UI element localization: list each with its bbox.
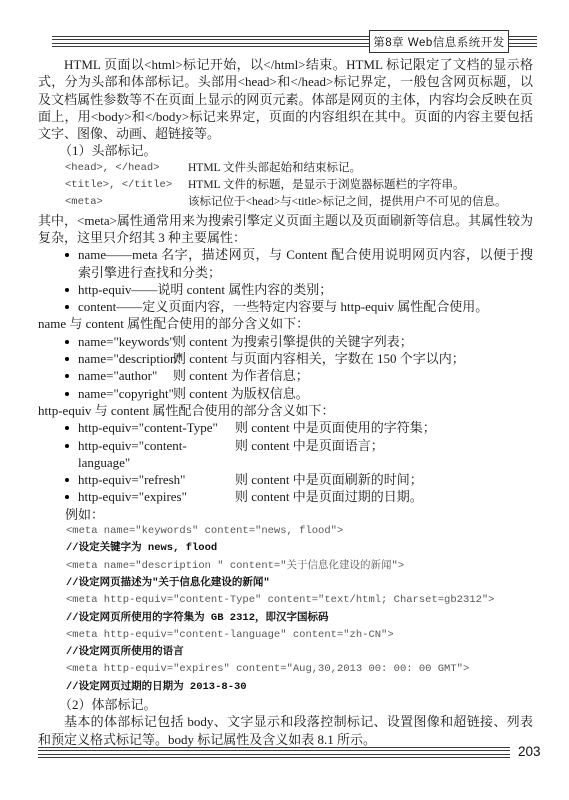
tag-definition-row: <meta> 该标记位于<head>与<title>标记之间，提供用户不可见的信… bbox=[38, 194, 533, 211]
chapter-title: 第8章 Web信息系统开发 bbox=[373, 34, 505, 50]
page-number: 203 bbox=[518, 744, 541, 759]
attribute-term: name="keywords" bbox=[78, 333, 173, 350]
list-item: http-equiv="content-Type" 则 content 中是页面… bbox=[38, 419, 533, 436]
intro-paragraph: HTML 页面以<html>标记开始，以</html>结束。HTML 标记限定了… bbox=[38, 56, 533, 142]
attribute-meaning: 则 content 中是页面使用的字符集； bbox=[235, 419, 436, 436]
attribute-term: name="description" bbox=[78, 350, 173, 367]
code-line: <meta name="description " content="关于信息化… bbox=[66, 558, 533, 575]
list-item: name="keywords" 则 content 为搜索引擎提供的关键字列表； bbox=[38, 333, 533, 350]
tag-description: HTML 文件的标题，是显示于浏览器标题栏的字符串。 bbox=[188, 177, 465, 194]
example-label: 例如： bbox=[38, 506, 533, 523]
footer-rule-line bbox=[38, 750, 510, 751]
attribute-meaning: 则 content 中是页面过期的日期。 bbox=[235, 488, 423, 505]
chapter-header-box: 第8章 Web信息系统开发 bbox=[369, 30, 509, 53]
footer-rule-line bbox=[38, 757, 510, 758]
attribute-term: http-equiv="expires" bbox=[78, 488, 235, 505]
list-item: name——meta 名字，描述网页，与 Content 配合使用说明网页内容，… bbox=[38, 246, 533, 281]
tag-definition-row: <head>, </head> HTML 文件头部起始和结束标记。 bbox=[38, 160, 533, 177]
code-comment-line: //设定网页所使用的语言 bbox=[66, 644, 533, 661]
code-comment-line: //设定网页过期的日期为 2013-8-30 bbox=[66, 679, 533, 696]
tag-name: <meta> bbox=[65, 194, 188, 211]
http-equiv-lead-line: http-equiv 与 content 属性配合使用的部分含义如下： bbox=[38, 402, 533, 419]
footer-rule-lines bbox=[38, 747, 510, 761]
code-line: <meta http-equiv="content-Type" content=… bbox=[66, 592, 533, 609]
code-line: <meta http-equiv="content-language" cont… bbox=[66, 627, 533, 644]
meta-attribute-list: name——meta 名字，描述网页，与 Content 配合使用说明网页内容，… bbox=[38, 246, 533, 315]
list-item: name="copyright" 则 content 为版权信息。 bbox=[38, 385, 533, 402]
meta-code-example: <meta name="keywords" content="news, flo… bbox=[38, 523, 533, 696]
tag-definition-list: <head>, </head> HTML 文件头部起始和结束标记。 <title… bbox=[38, 160, 533, 212]
code-line: <meta http-equiv="expires" content="Aug,… bbox=[66, 661, 533, 678]
tag-name: <title>, </title> bbox=[65, 177, 188, 194]
list-item: name="description" 则 content 与页面内容相关，字数在… bbox=[38, 350, 533, 367]
attribute-term: http-equiv="content-Type" bbox=[78, 419, 235, 436]
list-item: http-equiv——说明 content 属性内容的类别； bbox=[38, 281, 533, 298]
tag-description: 该标记位于<head>与<title>标记之间，提供用户不可见的信息。 bbox=[188, 194, 507, 211]
attribute-meaning: 则 content 与页面内容相关，字数在 150 个字以内； bbox=[173, 350, 465, 367]
page-content: HTML 页面以<html>标记开始，以</html>结束。HTML 标记限定了… bbox=[38, 56, 533, 748]
code-comment-line: //设定网页所使用的字符集为 GB 2312，即汉字国标码 bbox=[66, 610, 533, 627]
name-content-list: name="keywords" 则 content 为搜索引擎提供的关键字列表；… bbox=[38, 333, 533, 402]
code-comment-line: //设定关键字为 news, flood bbox=[66, 540, 533, 557]
name-content-lead-line: name 与 content 属性配合使用的部分含义如下： bbox=[38, 315, 533, 332]
attribute-term: name="copyright" bbox=[78, 385, 173, 402]
list-item: http-equiv="content-language" 则 content … bbox=[38, 437, 533, 472]
attribute-meaning: 则 content 为搜索引擎提供的关键字列表； bbox=[173, 333, 413, 350]
section-heading-head-tags: （1）头部标记。 bbox=[38, 142, 533, 159]
tag-name: <head>, </head> bbox=[65, 160, 188, 177]
body-tags-paragraph: 基本的体部标记包括 body、文字显示和段落控制标记、设置图像和超链接、列表和预… bbox=[38, 713, 533, 748]
attribute-meaning: 则 content 中是页面语言； bbox=[235, 437, 384, 472]
attribute-meaning: 则 content 为作者信息； bbox=[173, 367, 309, 384]
code-line: <meta name="keywords" content="news, flo… bbox=[66, 523, 533, 540]
book-page: 第8章 Web信息系统开发 HTML 页面以<html>标记开始，以</html… bbox=[0, 0, 569, 800]
meta-intro-paragraph: 其中，<meta>属性通常用来为搜索引擎定义页面主题以及页面刷新等信息。其属性较… bbox=[38, 212, 533, 247]
attribute-meaning: 则 content 为版权信息。 bbox=[173, 385, 309, 402]
tag-description: HTML 文件头部起始和结束标记。 bbox=[188, 160, 361, 177]
attribute-term: name="author" bbox=[78, 367, 173, 384]
http-equiv-list: http-equiv="content-Type" 则 content 中是页面… bbox=[38, 419, 533, 505]
attribute-term: http-equiv="content-language" bbox=[78, 437, 235, 472]
list-item: content——定义页面内容，一些特定内容要与 http-equiv 属性配合… bbox=[38, 298, 533, 315]
footer-rule-line bbox=[38, 754, 510, 755]
tag-definition-row: <title>, </title> HTML 文件的标题，是显示于浏览器标题栏的… bbox=[38, 177, 533, 194]
list-item: name="author" 则 content 为作者信息； bbox=[38, 367, 533, 384]
footer-rule-line bbox=[38, 747, 510, 748]
attribute-meaning: 则 content 中是页面刷新的时间； bbox=[235, 471, 423, 488]
section-heading-body-tags: （2）体部标记。 bbox=[38, 696, 533, 713]
list-item: http-equiv="expires" 则 content 中是页面过期的日期… bbox=[38, 488, 533, 505]
list-item: http-equiv="refresh" 则 content 中是页面刷新的时间… bbox=[38, 471, 533, 488]
code-comment-line: //设定网页描述为"关于信息化建设的新闻" bbox=[66, 575, 533, 592]
attribute-term: http-equiv="refresh" bbox=[78, 471, 235, 488]
